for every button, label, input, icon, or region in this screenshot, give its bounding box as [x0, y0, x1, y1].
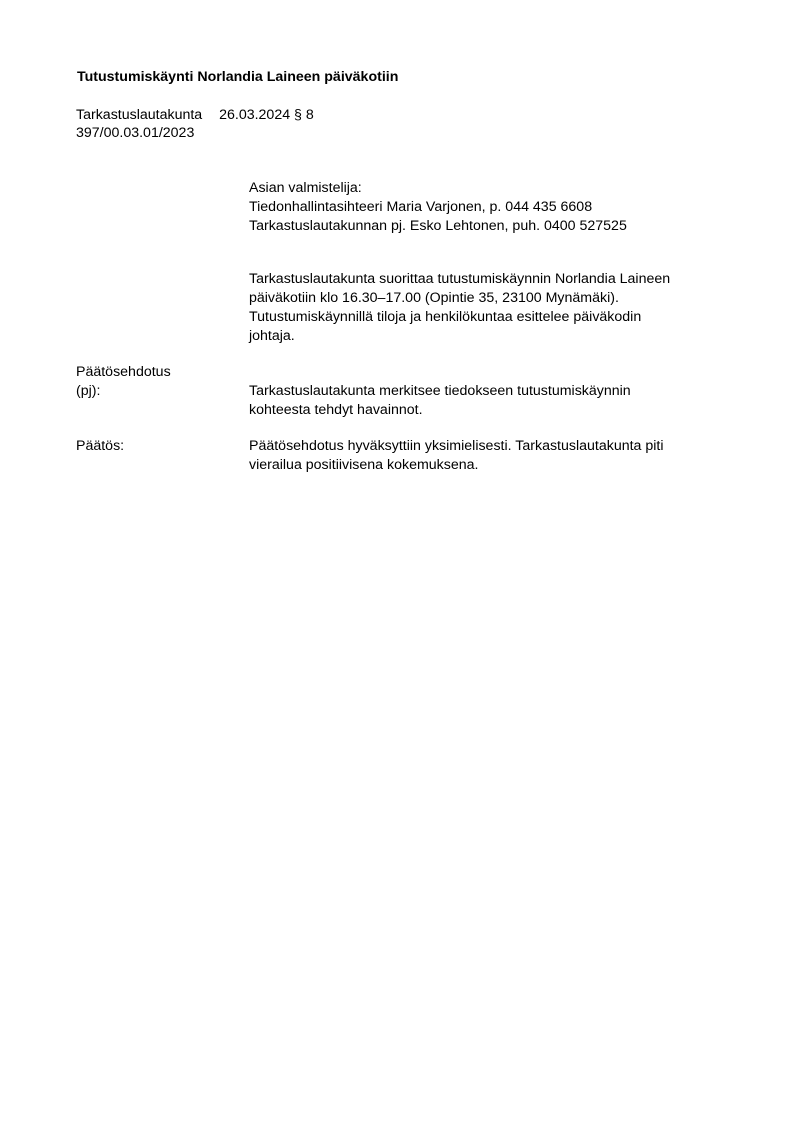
- preparer-heading: Asian valmistelija:: [249, 179, 627, 198]
- meeting-line: Tarkastuslautakunta 26.03.2024 § 8: [76, 106, 314, 125]
- description-line: johtaja.: [249, 327, 670, 346]
- record-number: 397/00.03.01/2023: [76, 124, 194, 143]
- proposal-line: kohteesta tehdyt havainnot.: [249, 401, 631, 420]
- description-line: Tutustumiskäynnillä tiloja ja henkilökun…: [249, 308, 670, 327]
- proposal-section: Tarkastuslautakunta merkitsee tiedokseen…: [249, 382, 631, 420]
- meeting-body: Tarkastuslautakunta: [76, 107, 202, 123]
- description-section: Tarkastuslautakunta suorittaa tutustumis…: [249, 270, 670, 346]
- decision-line: Päätösehdotus hyväksyttiin yksimielisest…: [249, 437, 664, 456]
- decision-line: vierailua positiivisena kokemuksena.: [249, 456, 664, 475]
- proposal-line: Tarkastuslautakunta merkitsee tiedokseen…: [249, 382, 631, 401]
- decision-label: Päätös:: [76, 437, 124, 456]
- document-title: Tutustumiskäynti Norlandia Laineen päivä…: [77, 68, 398, 87]
- preparer-section: Asian valmistelija: Tiedonhallintasihtee…: [249, 179, 627, 236]
- description-line: päiväkotiin klo 16.30–17.00 (Opintie 35,…: [249, 289, 670, 308]
- decision-section: Päätösehdotus hyväksyttiin yksimielisest…: [249, 437, 664, 475]
- meeting-date-section: 26.03.2024 § 8: [219, 107, 314, 123]
- preparer-line: Tiedonhallintasihteeri Maria Varjonen, p…: [249, 198, 627, 217]
- preparer-line: Tarkastuslautakunnan pj. Esko Lehtonen, …: [249, 217, 627, 236]
- description-line: Tarkastuslautakunta suorittaa tutustumis…: [249, 270, 670, 289]
- proposal-label: Päätösehdotus: [76, 363, 171, 382]
- proposal-label-pj: (pj):: [76, 382, 100, 401]
